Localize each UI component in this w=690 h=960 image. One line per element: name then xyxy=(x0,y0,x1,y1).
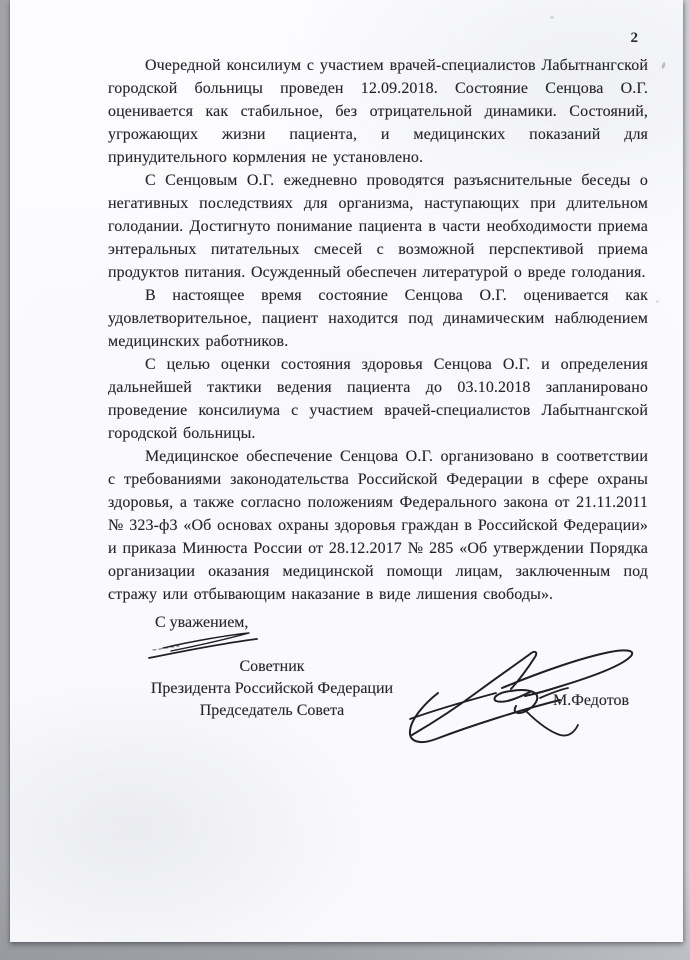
scan-background: 2 Очередной консилиум с участием врачей-… xyxy=(0,0,690,960)
signer-titles: Советник Президента Российской Федерации… xyxy=(122,656,422,722)
signature-block: С уважением, Советник Президента Российс… xyxy=(108,610,648,810)
closing-salutation: С уважением, xyxy=(155,614,648,632)
scan-artifact xyxy=(656,300,659,303)
signer-title-line-1: Советник xyxy=(122,656,422,678)
scan-artifact xyxy=(661,62,666,70)
signer-title-line-2: Президента Российской Федерации xyxy=(122,678,422,700)
signer-name: М.Федотов xyxy=(553,692,629,710)
paragraph-1: Очередной консилиум с участием врачей-сп… xyxy=(108,54,648,169)
letter-body: Очередной консилиум с участием врачей-сп… xyxy=(108,54,648,606)
paragraph-3: В настоящее время состояние Сенцова О.Г.… xyxy=(108,284,648,353)
paragraph-4: С целью оценки состояния здоровья Сенцов… xyxy=(108,353,648,445)
document-page: 2 Очередной консилиум с участием врачей-… xyxy=(10,0,683,942)
paragraph-5: Медицинское обеспечение Сенцова О.Г. орг… xyxy=(108,445,648,606)
signer-title-line-3: Председатель Совета xyxy=(122,700,422,722)
paragraph-2: С Сенцовым О.Г. ежедневно проводятся раз… xyxy=(108,169,648,284)
page-number: 2 xyxy=(631,30,639,47)
scan-artifact xyxy=(550,16,554,19)
